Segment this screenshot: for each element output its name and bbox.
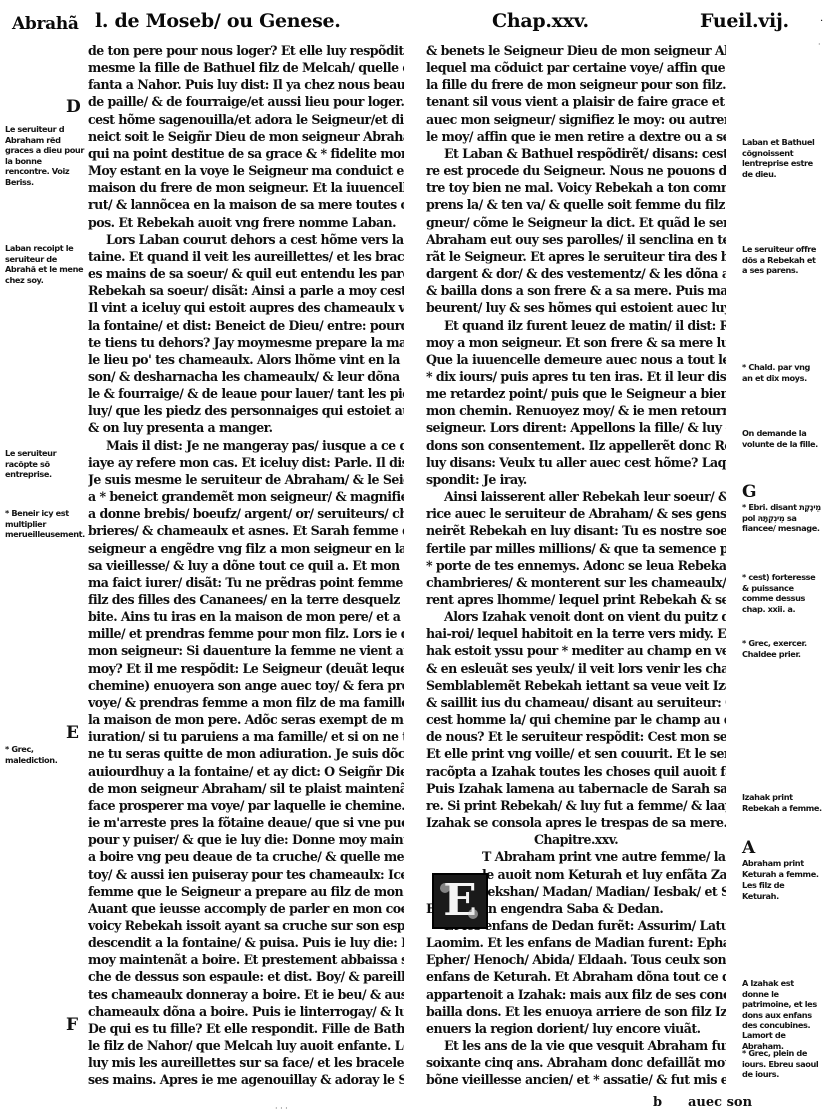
text-line: ses mains. Apres ie me agenouillay & ado… xyxy=(88,1071,404,1088)
text-line: descendit a la fontaine/ & puisa. Puis i… xyxy=(88,934,404,951)
text-line: spondit: Je iray. xyxy=(426,471,726,488)
margin-gloss: Izahak print Rebekah a femme. xyxy=(742,792,822,813)
text-line: Et elle print vng voille/ et sen couurit… xyxy=(426,745,726,762)
catchword: auec son xyxy=(688,1095,752,1110)
text-line: auiourdhuy a la fontaine/ et ay dict: O … xyxy=(88,763,404,780)
text-line: Semblablemẽt Rebekah iettant sa veue vei… xyxy=(426,677,726,694)
text-line: T Abraham print vne autre femme/ laquel- xyxy=(426,848,726,865)
text-line: la maison de mon pere. Adõc seras exempt… xyxy=(88,711,404,728)
text-line: Je suis mesme le seruiteur de Abraham/ &… xyxy=(88,471,404,488)
margin-section-letter: E xyxy=(66,723,79,743)
margin-gloss: Le seruiteur offre dõs a Rebekah et a se… xyxy=(742,244,822,276)
margin-gloss: On demande la volunte de la fille. xyxy=(742,428,822,449)
margin-gloss: * Grec, exercer. Chaldee prier. xyxy=(742,638,822,659)
text-line: Et quand ilz furent leuez de matin/ il d… xyxy=(426,317,726,334)
text-line: moy? Et il me respõdit: Le Seigneur (deu… xyxy=(88,660,404,677)
text-line: sa vieillesse/ & luy a dõne tout ce quil… xyxy=(88,557,404,574)
text-line: rent apres lhomme/ lequel print Rebekah … xyxy=(426,591,726,608)
text-line: iuration/ si tu paruiens a ma famille/ e… xyxy=(88,728,404,745)
text-line: voye/ & prendras femme a mon filz de ma … xyxy=(88,694,404,711)
text-line: pour y puiser/ & que ie luy die: Donne m… xyxy=(88,831,404,848)
text-line: ma faict iurer/ disãt: Tu ne prẽdras poi… xyxy=(88,574,404,591)
text-line: cest homme la/ qui chemine par le champ … xyxy=(426,711,726,728)
margin-gloss: Les filz de Keturah. xyxy=(742,880,822,901)
text-line: enuers la region dorient/ luy encore viu… xyxy=(426,1020,726,1037)
text-line: Il vint a iceluy qui estoit aupres des c… xyxy=(88,299,404,316)
text-line: le lieu po' tes chameaulx. Alors lhõme v… xyxy=(88,351,404,368)
text-line: es mains de sa soeur/ & quil eut entendu… xyxy=(88,265,404,282)
text-line: re. Si print Rebekah/ & luy fut a femme/… xyxy=(426,797,726,814)
margin-section-letter: D xyxy=(66,97,81,117)
running-head-chapter: Chap.xxv. xyxy=(492,10,589,32)
text-line: Rebekah sa soeur/ disãt: Ainsi a parle a… xyxy=(88,282,404,299)
text-line: fertile par milles millions/ & que ta se… xyxy=(426,540,726,557)
text-line: rut/ & lannõcea en la maison de sa mere … xyxy=(88,196,404,213)
text-line: a donne brebis/ boeufz/ argent/ or/ seru… xyxy=(88,505,404,522)
margin-gloss: Laban recoipt le seruiteur de Abrahã et … xyxy=(5,243,85,285)
text-line: toy/ & aussi ien puiseray pour tes chame… xyxy=(88,866,404,883)
text-line: la fille du frere de mon seigneur pour s… xyxy=(426,76,726,93)
margin-gloss: * Ebri. disant מֵינֶקֶת pol מֵינִקְתָּהּ… xyxy=(742,502,822,534)
text-line: Puis Izahak lamena au tabernacle de Sara… xyxy=(426,780,726,797)
text-line: le & fourraige/ & de leaue pour lauer/ t… xyxy=(88,385,404,402)
text-line: seigneur. Lors dirent: Appellons la fill… xyxy=(426,419,726,436)
text-line: son/ & desharnacha les chameaulx/ & leur… xyxy=(88,368,404,385)
text-line: Alors Izahak venoit dont on vient du pui… xyxy=(426,608,726,625)
margin-section-letter: F xyxy=(66,1015,78,1035)
text-line: ie m'arreste pres la fõtaine deaue/ que … xyxy=(88,814,404,831)
text-line: re est procede du Seigneur. Nous ne pouo… xyxy=(426,162,726,179)
text-line: mon seigneur: Si dauenture la femme ne v… xyxy=(88,642,404,659)
text-line: me retardez point/ puis que le Seigneur … xyxy=(426,385,726,402)
text-line: Et les ans de la vie que vesquit Abraham… xyxy=(426,1037,726,1054)
speck: · xyxy=(820,16,823,27)
text-line: Laomim. Et les enfans de Madian furent: … xyxy=(426,934,726,951)
text-line: luy/ que les piedz des personnaiges qui … xyxy=(88,402,404,419)
running-head-folio: Fueil.vij. xyxy=(700,10,789,32)
text-line: dargent & dor/ & des vestementz/ & les d… xyxy=(426,265,726,282)
text-line: * dix iours/ puis apres tu ten iras. Et … xyxy=(426,368,726,385)
text-line: luy disans: Veulx tu aller auec cest hõm… xyxy=(426,454,726,471)
text-line: voicy Rebekah issoit ayant sa cruche sur… xyxy=(88,917,404,934)
text-line: tenant sil vous vient a plaisir de faire… xyxy=(426,93,726,110)
text-line: enfans de Keturah. Et Abraham dõna tout … xyxy=(426,968,726,985)
text-line: lequel ma cõduict par certaine voye/ aff… xyxy=(426,59,726,76)
text-line: neirẽt Rebekah en luy disant: Tu es nost… xyxy=(426,522,726,539)
text-line: dons son consentement. Ilz appellerẽt do… xyxy=(426,437,726,454)
margin-gloss: * cest) forteresse & puissance comme des… xyxy=(742,572,822,614)
left-text-column: de ton pere pour nous loger? Et elle luy… xyxy=(88,42,404,1089)
text-line: de paille/ & de fourraige/et aussi lieu … xyxy=(88,93,404,110)
text-line: de ton pere pour nous loger? Et elle luy… xyxy=(88,42,404,59)
text-line: chameaulx dõna a boire. Puis ie linterro… xyxy=(88,1003,404,1020)
text-line: neict soit le Seigñr Dieu de mon seigneu… xyxy=(88,128,404,145)
text-line: gneur/ cõme le Seigneur la dict. Et quãd… xyxy=(426,214,726,231)
decorated-initial: E xyxy=(432,873,488,929)
text-line: la fontaine/ et dist: Beneict de Dieu/ e… xyxy=(88,317,404,334)
text-line: taine. Et quand il veit les aureillettes… xyxy=(88,248,404,265)
text-line: Auant que ieusse accomply de parler en m… xyxy=(88,900,404,917)
text-line: seigneur a engẽdre vng filz a mon seigne… xyxy=(88,540,404,557)
initial-letter: E xyxy=(443,879,477,923)
text-line: che de dessus son espaule: et dist. Boy/… xyxy=(88,968,404,985)
text-line: femme que le Seigneur a prepare au filz … xyxy=(88,883,404,900)
margin-gloss: Le seruiteur d Abraham rẽd graces a dieu… xyxy=(5,124,85,187)
text-line: soixante cinq ans. Abraham donc defaillã… xyxy=(426,1054,726,1071)
text-line: hak estoit yssu pour * mediter au champ … xyxy=(426,642,726,659)
text-line: & on luy presenta a manger. xyxy=(88,419,404,436)
text-line: filz des filles des Cananees/ en la terr… xyxy=(88,591,404,608)
text-line: luy mis les aureillettes sur sa face/ et… xyxy=(88,1054,404,1071)
text-line: rãt le Seigneur. Et apres le seruiteur t… xyxy=(426,248,726,265)
text-line: * porte de tes ennemys. Adonc se leua Re… xyxy=(426,557,726,574)
text-line: fanta a Nahor. Puis luy dist: Il ya chez… xyxy=(88,76,404,93)
text-line: pos. Et Rebekah auoit vng frere nomme La… xyxy=(88,214,404,231)
margin-gloss: * Chald. par vng an et dix moys. xyxy=(742,362,822,383)
speck: · xyxy=(818,40,821,49)
margin-gloss: * Grec, plein de iours. Ebreu saoul de i… xyxy=(742,1048,822,1080)
text-line: Moy estant en la voye le Seigneur ma con… xyxy=(88,162,404,179)
text-line: brieres/ & chameaulx et asnes. Et Sarah … xyxy=(88,522,404,539)
margin-gloss: Laban et Bathuel cõgnoissent lentreprise… xyxy=(742,137,822,179)
text-line: face prosperer ma voye/ par laquelle ie … xyxy=(88,797,404,814)
text-line: moy a mon seigneur. Et son frere & sa me… xyxy=(426,334,726,351)
text-line: Lors Laban courut dehors a cest hõme ver… xyxy=(88,231,404,248)
text-line: tre toy bien ne mal. Voicy Rebekah a ton… xyxy=(426,179,726,196)
text-line: mon chemin. Renuoyez moy/ & ie men retou… xyxy=(426,402,726,419)
margin-gloss: * Beneir icy est multiplier merueilleuse… xyxy=(5,508,85,540)
text-line: Epher/ Henoch/ Abida/ Eldaah. Tous ceulx… xyxy=(426,951,726,968)
text-line: le filz de Nahor/ que Melcah luy auoit e… xyxy=(88,1037,404,1054)
text-line: & saillit ius du chameau/ disant au seru… xyxy=(426,694,726,711)
margin-gloss: A Izahak est donne le patrimoine, et les… xyxy=(742,978,822,1031)
text-line: a boire vng peu deaue de ta cruche/ & qu… xyxy=(88,848,404,865)
text-line: a * beneict grandemẽt mon seigneur/ & ma… xyxy=(88,488,404,505)
margin-gloss: Abraham print Keturah a femme. xyxy=(742,858,822,879)
text-line: de mon seigneur Abraham/ sil te plaist m… xyxy=(88,780,404,797)
text-line: rice auec le seruiteur de Abraham/ & ses… xyxy=(426,505,726,522)
text-line: racõpta a Izahak toutes les choses quil … xyxy=(426,763,726,780)
text-line: bailla dons. Et les enuoya arriere de so… xyxy=(426,1003,726,1020)
text-line: auec mon seigneur/ signifiez le moy: ou … xyxy=(426,111,726,128)
running-head: Abrahã l. de Moseb/ ou Genese. Chap.xxv.… xyxy=(0,6,832,40)
text-line: hai-roi/ lequel habitoit en la terre ver… xyxy=(426,625,726,642)
text-line: de nous? Et le seruiteur respõdit: Cest … xyxy=(426,728,726,745)
running-head-left-word: Abrahã xyxy=(12,14,79,34)
text-line: cest hõme sagenouilla/et adora le Seigne… xyxy=(88,111,404,128)
margin-section-letter: G xyxy=(742,482,757,502)
text-line: mille/ et prendras femme pour mon filz. … xyxy=(88,625,404,642)
margin-gloss: Le seruiteur racõpte sõ entreprise. xyxy=(5,448,85,480)
text-line: Izahak se consola apres le trespas de sa… xyxy=(426,814,726,831)
text-line: Que la iuuencelle demeure auec nous a to… xyxy=(426,351,726,368)
margin-section-letter: A xyxy=(742,838,755,858)
signature-mark: b xyxy=(653,1095,662,1110)
text-line: iaye ay refere mon cas. Et iceluy dist: … xyxy=(88,454,404,471)
text-line: qui na point destitue de sa grace & * fi… xyxy=(88,145,404,162)
speck: · · · xyxy=(275,1104,288,1113)
text-line: te tiens tu dehors? Jay moymesme prepare… xyxy=(88,334,404,351)
text-line: chemine) enuoyera son ange auec toy/ & f… xyxy=(88,677,404,694)
text-line: maison du frere de mon seigneur. Et la i… xyxy=(88,179,404,196)
text-line: & en esleuãt ses yeulx/ il veit lors ven… xyxy=(426,660,726,677)
text-line: appartenoit a Izahak: mais aux filz de s… xyxy=(426,986,726,1003)
running-head-book-title: l. de Moseb/ ou Genese. xyxy=(95,10,341,32)
text-line: chambrieres/ & monterent sur les chameau… xyxy=(426,574,726,591)
margin-gloss: * Grec, malediction. xyxy=(5,744,85,765)
text-line: bite. Ains tu iras en la maison de mon p… xyxy=(88,608,404,625)
text-line: Abraham eut ouy ses parolles/ il senclin… xyxy=(426,231,726,248)
text-line: Et Laban & Bathuel respõdirẽt/ disans: c… xyxy=(426,145,726,162)
text-line: Mais il dist: Je ne mangeray pas/ iusque… xyxy=(88,437,404,454)
text-line: tes chameaulx donneray a boire. Et ie be… xyxy=(88,986,404,1003)
text-line: moy maintenãt a boire. Et prestement abb… xyxy=(88,951,404,968)
text-line: De qui es tu fille? Et elle respondit. F… xyxy=(88,1020,404,1037)
text-line: beurent/ luy & ses hõmes qui estoient au… xyxy=(426,299,726,316)
text-line: & benets le Seigneur Dieu de mon seigneu… xyxy=(426,42,726,59)
text-line: & bailla dons a son frere & a sa mere. P… xyxy=(426,282,726,299)
text-line: le moy/ affin que ie men retire a dextre… xyxy=(426,128,726,145)
chapter-heading: Chapitre.xxv. xyxy=(426,831,726,848)
text-line: bõne vieillesse ancien/ et * assatie/ & … xyxy=(426,1071,726,1088)
text-line: Ainsi laisserent aller Rebekah leur soeu… xyxy=(426,488,726,505)
text-line: ne tu seras quitte de mon adiuration. Je… xyxy=(88,745,404,762)
text-line: mesme la fille de Bathuel filz de Melcah… xyxy=(88,59,404,76)
right-text-column: & benets le Seigneur Dieu de mon seigneu… xyxy=(426,42,726,1089)
text-line: prens la/ & ten va/ & quelle soit femme … xyxy=(426,196,726,213)
